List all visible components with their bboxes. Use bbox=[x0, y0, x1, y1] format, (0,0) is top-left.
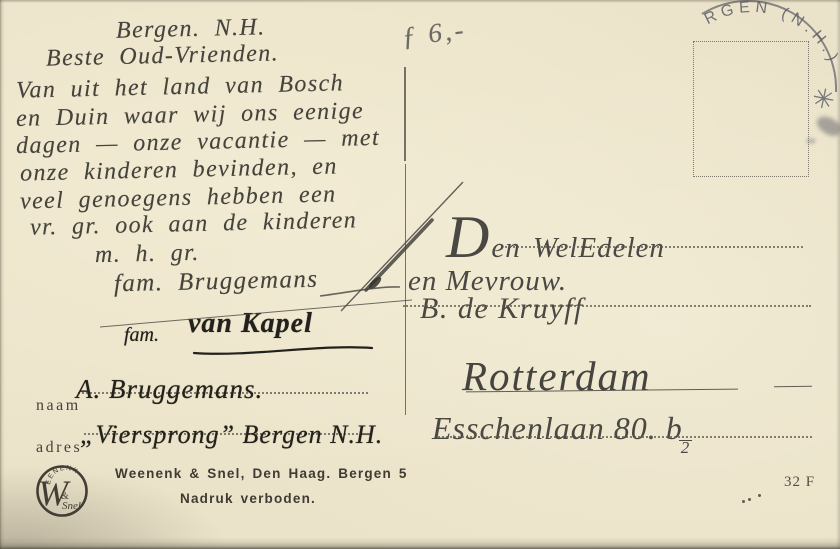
logo-circle-icon bbox=[38, 467, 87, 516]
catalog-number: 32 F bbox=[784, 474, 815, 491]
street-subnumber: 2 bbox=[679, 440, 693, 455]
signature-underline bbox=[194, 347, 372, 354]
postmark-star-icon: ✳ bbox=[809, 82, 838, 117]
logo-ampersand: & bbox=[61, 491, 69, 502]
signature-name: van Kapel bbox=[188, 308, 313, 340]
street-text: Esschenlaan 80. b bbox=[432, 410, 683, 446]
logo-top-text: EENENK bbox=[45, 465, 80, 486]
naam-label: naam bbox=[36, 397, 81, 415]
message-line: Beste Oud-Vrienden. bbox=[46, 40, 280, 72]
stamp-box bbox=[693, 41, 809, 177]
ink-speck bbox=[758, 494, 761, 497]
divider-line bbox=[404, 67, 406, 161]
city-underline bbox=[774, 386, 812, 387]
publisher-imprint: Weenenk & Snel, Den Haag. Bergen 5 bbox=[115, 466, 408, 481]
ink-speck bbox=[748, 498, 751, 501]
ink-smudge bbox=[806, 138, 816, 144]
address-line-3: B. de Kruyff bbox=[420, 292, 584, 326]
address-rule bbox=[505, 246, 803, 248]
message-line: m. h. gr. bbox=[95, 240, 200, 269]
adres-label: adres bbox=[36, 439, 82, 457]
signature-prefix: fam. bbox=[124, 324, 159, 347]
logo-bottom-text: Snel bbox=[62, 500, 81, 512]
message-line: Bergen. N.H. bbox=[116, 14, 266, 44]
bruggemans-swash bbox=[320, 287, 400, 296]
address-rule bbox=[403, 305, 811, 307]
ink-speck bbox=[742, 500, 745, 503]
address-rule bbox=[438, 436, 812, 438]
naam-value: A. Bruggemans. bbox=[76, 374, 263, 405]
message-line: fam. Bruggemans bbox=[114, 266, 319, 299]
address-street: Esschenlaan 80. b2 bbox=[432, 410, 692, 447]
logo-monogram: W bbox=[38, 473, 71, 513]
divider-line bbox=[405, 164, 407, 415]
postcard-back: ƒ 6,- Bergen. N.H. Beste Oud-Vrienden. V… bbox=[0, 0, 840, 549]
publisher-logo: W EENENK & Snel bbox=[33, 463, 91, 521]
address-line-1: Den WelEdelen bbox=[446, 203, 665, 272]
ink-blot bbox=[367, 275, 383, 291]
ink-smudge bbox=[814, 112, 840, 139]
address-city: Rotterdam bbox=[462, 352, 652, 400]
price-note: ƒ 6,- bbox=[400, 14, 468, 53]
publisher-notice: Nadruk verboden. bbox=[180, 491, 316, 506]
adres-value: „Viersprong” Bergen N.H. bbox=[80, 420, 383, 450]
